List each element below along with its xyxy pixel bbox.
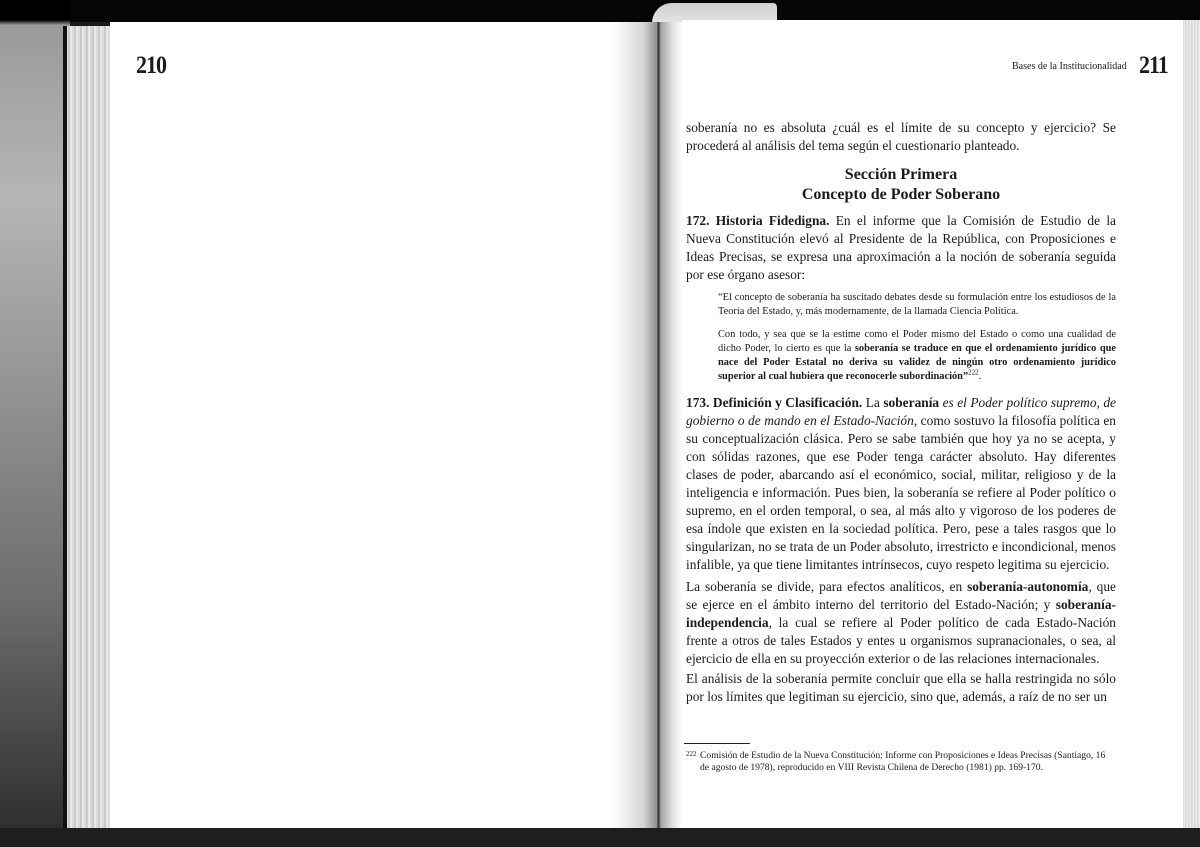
quote-paragraph-1: “El concepto de soberanía ha suscitado d…	[718, 291, 1116, 319]
intro-paragraph: soberanía no es absoluta ¿cuál es el lím…	[686, 119, 1116, 155]
term-soberania-autonomia: soberanía-autonomía	[967, 579, 1088, 594]
paragraph-173: 173. Definición y Clasificación. La sobe…	[686, 394, 1116, 574]
paragraph-172: 172. Historia Fidedigna. En el informe q…	[686, 212, 1116, 284]
page-number-left: 210	[136, 50, 166, 80]
scan-left-background	[0, 0, 70, 847]
paragraph-173-heading: 173. Definición y Clasificación.	[686, 395, 862, 410]
book-gutter	[612, 22, 682, 830]
footnote-reference[interactable]: 222	[968, 369, 979, 377]
paragraph-analysis: El análisis de la soberanía permite conc…	[686, 670, 1116, 706]
right-page-edges	[1183, 20, 1200, 832]
section-subtitle: Concepto de Poder Soberano	[686, 185, 1116, 205]
block-quote: “El concepto de soberanía ha suscitado d…	[718, 291, 1116, 384]
running-head: Bases de la Institucionalidad	[1012, 61, 1127, 72]
scan-bottom-shadow	[0, 828, 1200, 847]
section-title: Sección Primera	[686, 165, 1116, 185]
scan-top-shadow	[0, 0, 1200, 22]
footnote-rule	[684, 743, 750, 744]
footnote-number: 222	[686, 748, 697, 760]
page-number-right: 211	[1139, 50, 1168, 80]
section-heading: Sección Primera Concepto de Poder Sobera…	[686, 165, 1116, 205]
footnote-222: 222 Comisión de Estudio de la Nueva Cons…	[686, 750, 1116, 774]
quote-paragraph-2: Con todo, y sea que se la estime como el…	[718, 328, 1116, 384]
intro-paragraph-text: soberanía no es absoluta ¿cuál es el lím…	[686, 119, 1116, 155]
paragraph-division: La soberanía se divide, para efectos ana…	[686, 578, 1116, 668]
left-page	[110, 22, 648, 830]
footnote-text: Comisión de Estudio de la Nueva Constitu…	[700, 750, 1116, 774]
left-page-edges	[63, 26, 115, 831]
paragraph-172-heading: 172. Historia Fidedigna.	[686, 213, 829, 228]
